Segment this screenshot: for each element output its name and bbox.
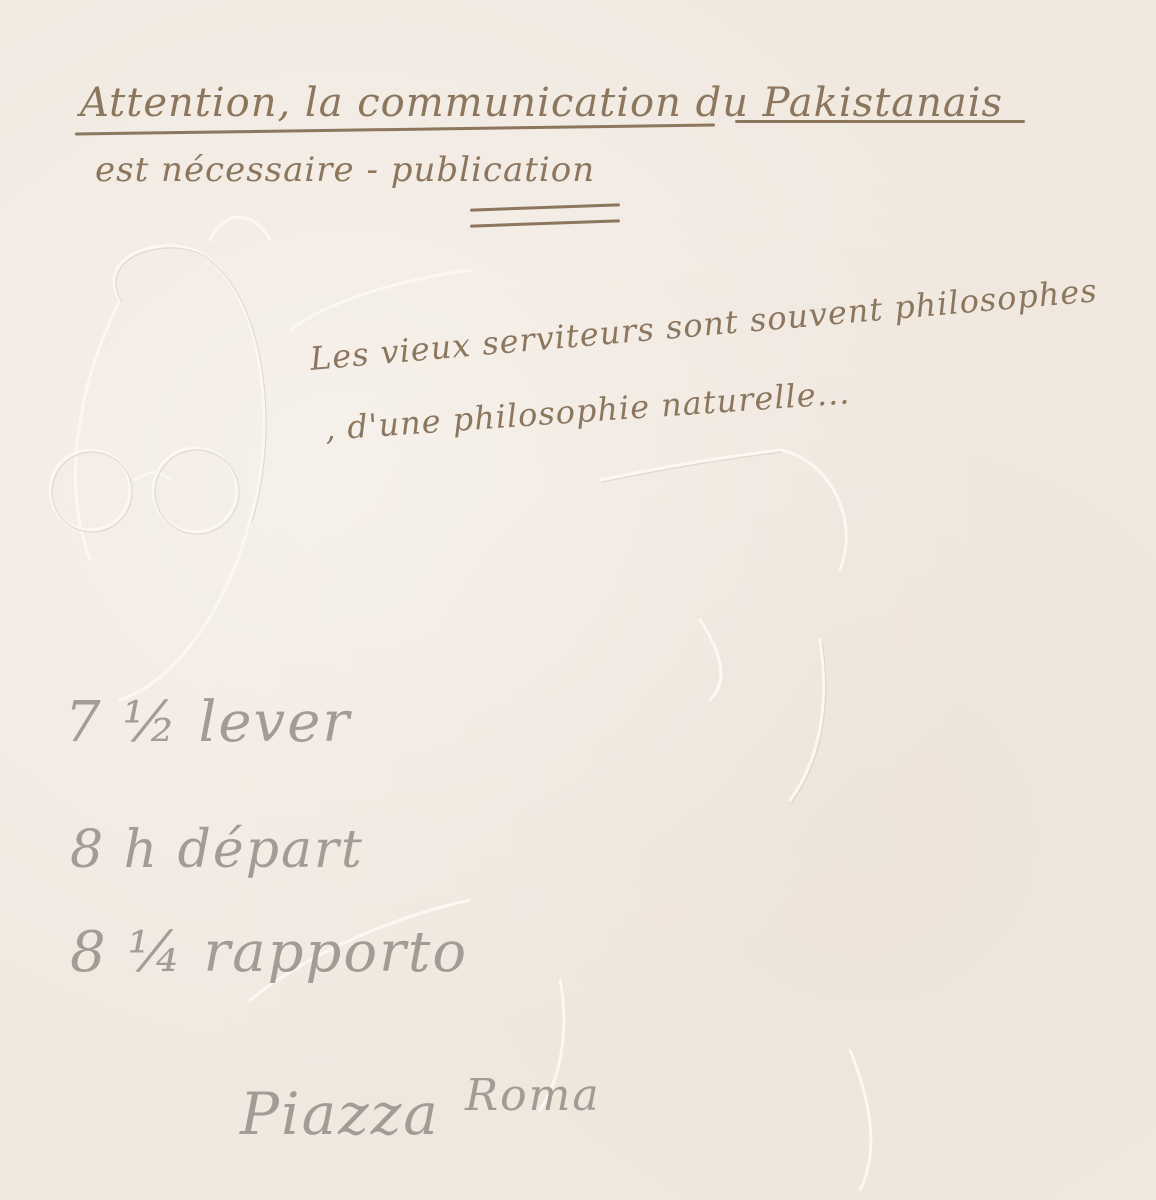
pencil-note-piazza: Piazza	[240, 1080, 440, 1148]
manuscript-page: Attention, la communication du Pakistana…	[0, 0, 1156, 1200]
pencil-note-depart: 8 h départ	[70, 820, 364, 880]
heading-underline-2	[735, 120, 1025, 123]
heading-line-2: est nécessaire - publication	[95, 150, 595, 190]
pencil-note-roma: Roma	[465, 1070, 601, 1121]
pencil-note-lever: 7 ½ lever	[65, 690, 351, 755]
pencil-note-rapporto: 8 ¼ rapporto	[70, 920, 468, 985]
